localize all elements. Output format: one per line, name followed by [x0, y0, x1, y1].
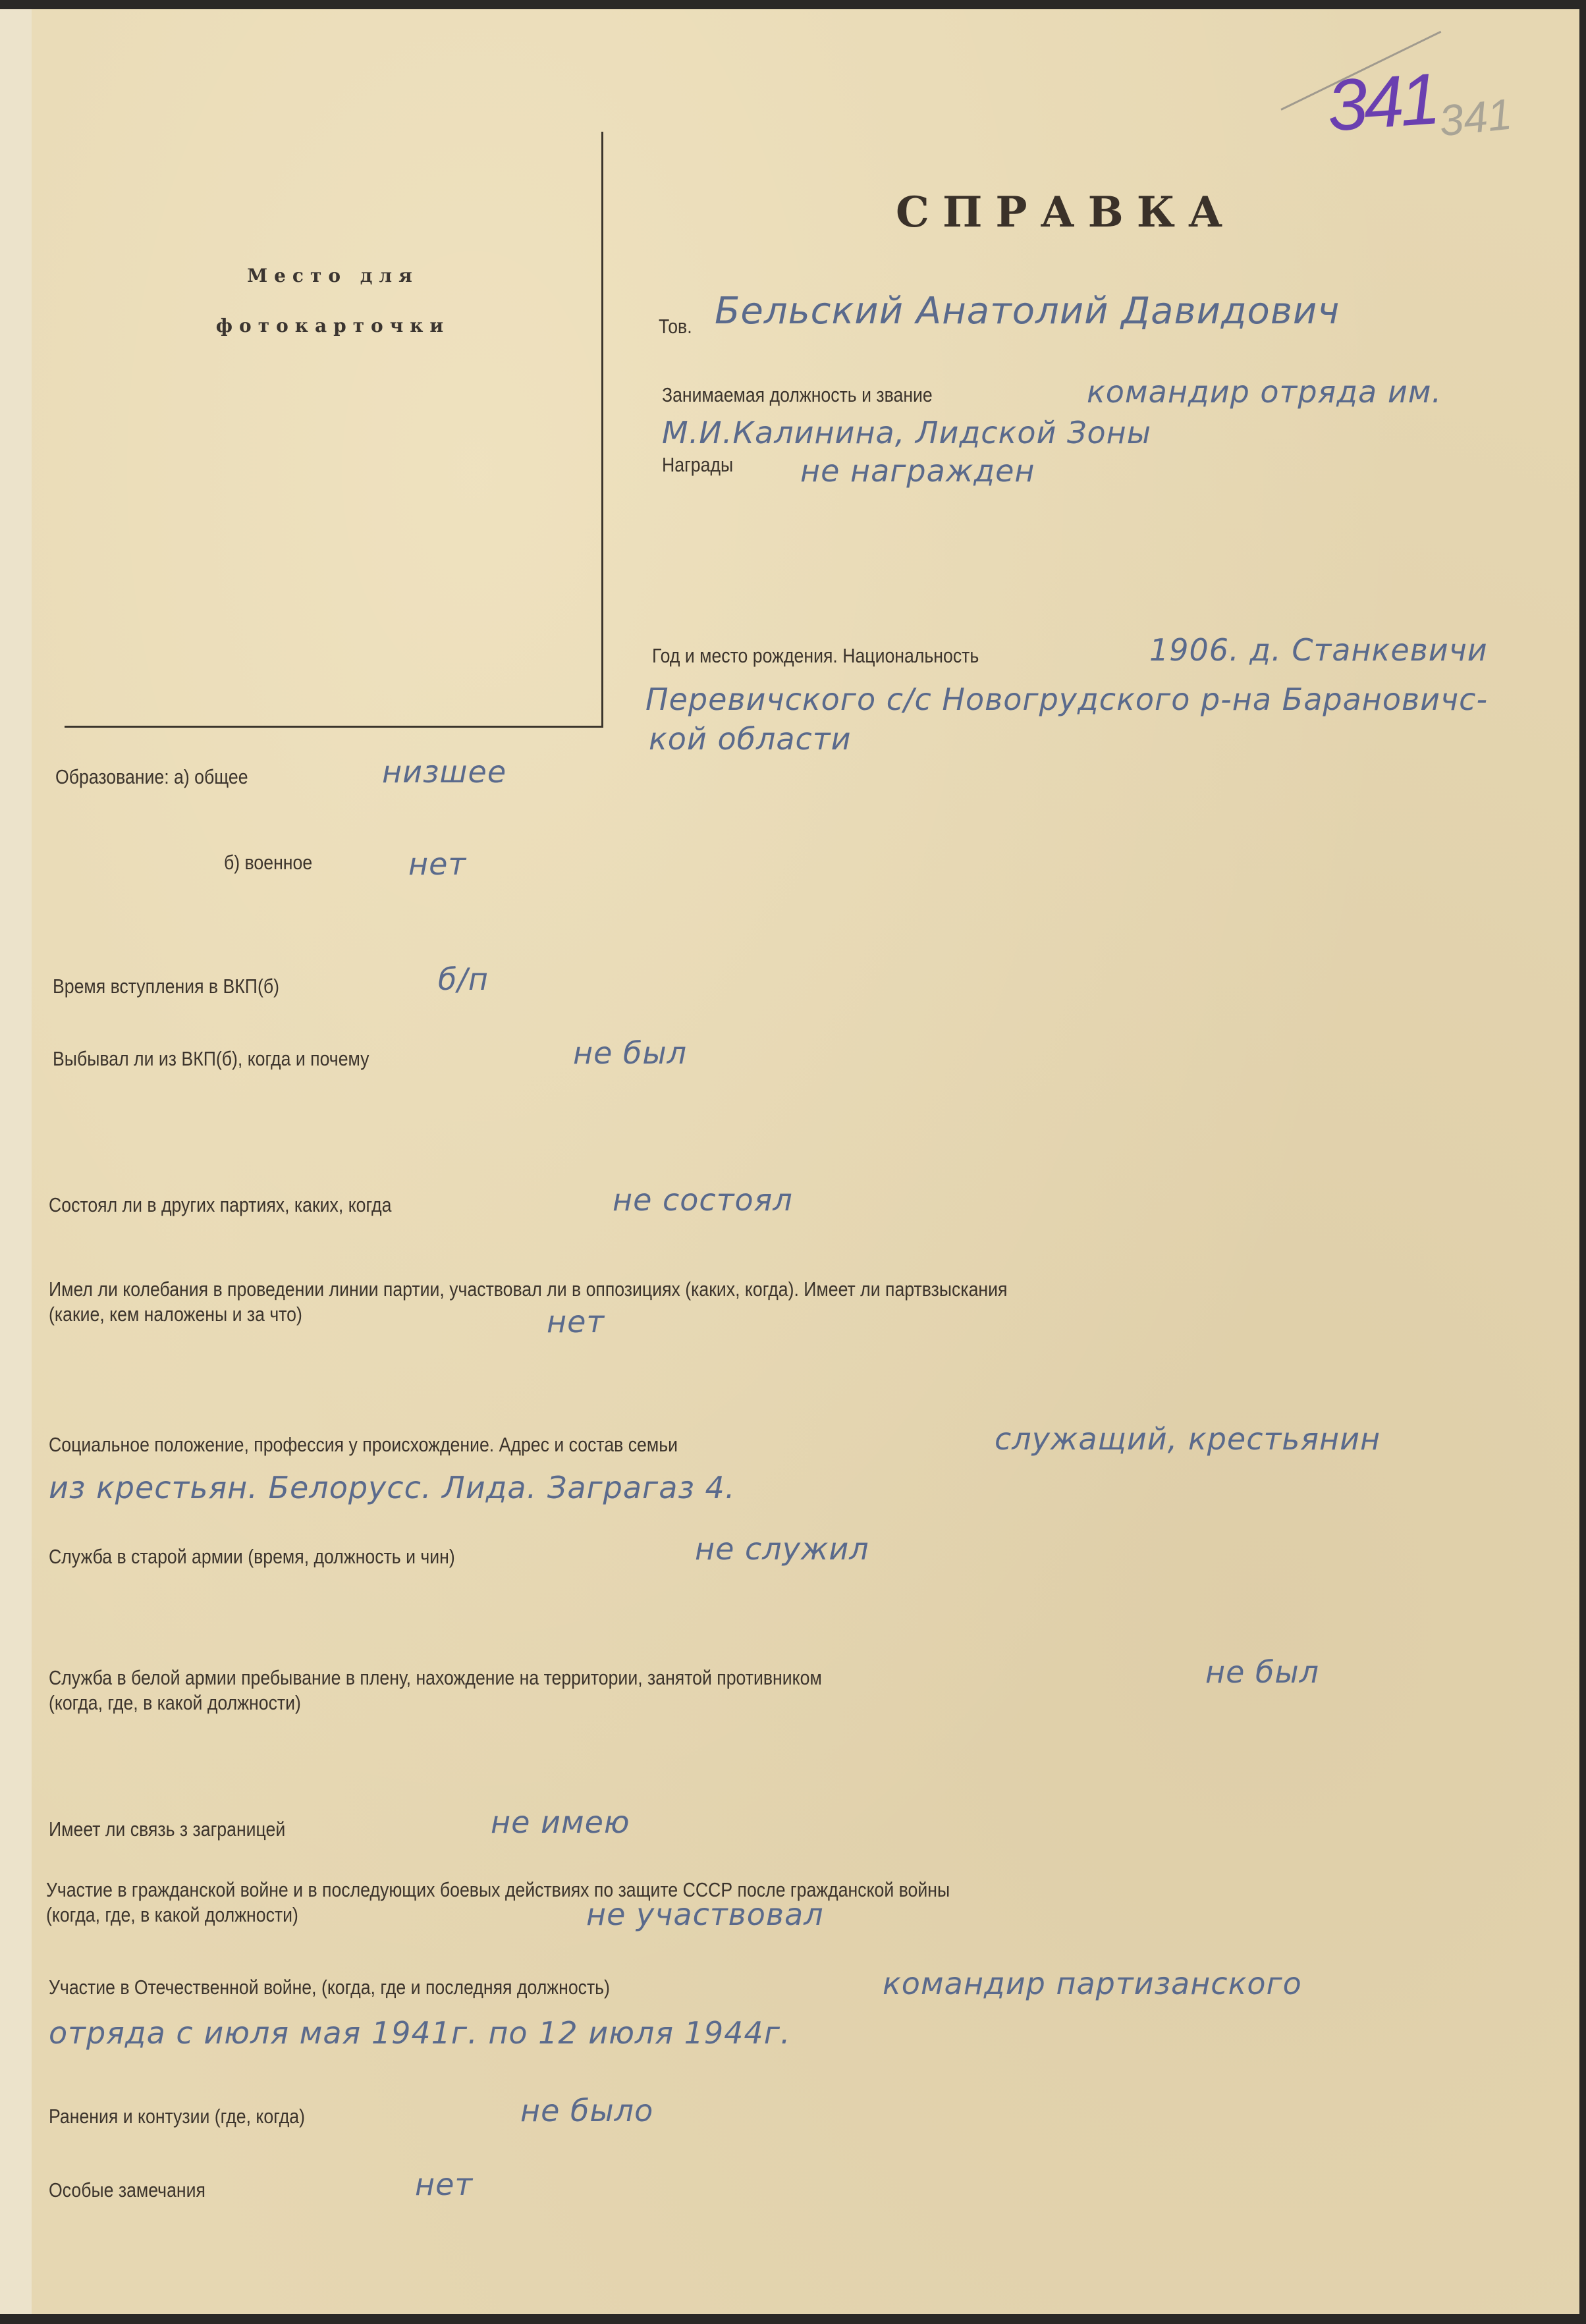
photo-label-line2: фотокарточки: [65, 315, 601, 337]
position-value-line2: М.И.Калинина, Лидской Зоны: [662, 415, 1151, 450]
foreign-ties-label: Имеет ли связь з заграницей: [49, 1818, 285, 1841]
civil-war-label-line2: (когда, где, в какой должности): [46, 1903, 298, 1927]
remarks-value: нет: [415, 2167, 473, 2202]
patriotic-war-label: Участие в Отечественной войне, (когда, г…: [49, 1976, 610, 1999]
remarks-label: Особые замечания: [49, 2178, 205, 2202]
old-army-value: не служил: [695, 1531, 869, 1567]
patriotic-war-value-line2: отряда с июля мая 1941г. по 12 июля 1944…: [49, 2015, 790, 2051]
other-parties-label: Состоял ли в других партиях, каких, когд…: [49, 1193, 391, 1217]
white-army-label-line2: (когда, где, в какой должности): [49, 1691, 301, 1715]
education-general-value: низшее: [382, 754, 506, 790]
comrade-value: Бельский Анатолий Давидович: [715, 290, 1340, 333]
old-army-label: Служба в старой армии (время, должность …: [49, 1545, 455, 1569]
comrade-label: Тов.: [659, 315, 692, 338]
page-number-stamp: 341: [1325, 57, 1439, 148]
civil-war-value: не участвовал: [586, 1897, 824, 1932]
education-general-label: Образование: а) общее: [55, 765, 248, 789]
social-value-line1: служащий, крестьянин: [995, 1421, 1381, 1457]
page-number-pencil: 341: [1436, 88, 1514, 146]
foreign-ties-value: не имею: [491, 1804, 630, 1840]
position-value-line1: командир отряда им.: [1087, 374, 1442, 410]
birth-value-line3: кой области: [649, 721, 852, 757]
awards-value: не награжден: [800, 453, 1035, 489]
document-title: СПРАВКА: [896, 188, 1236, 237]
other-parties-value: не состоял: [613, 1182, 793, 1218]
party-leave-label: Выбывал ли из ВКП(б), когда и почему: [53, 1047, 369, 1071]
white-army-value: не был: [1205, 1654, 1319, 1690]
white-army-label-line1: Служба в белой армии пребывание в плену,…: [49, 1666, 822, 1690]
party-leave-value: не был: [573, 1035, 687, 1071]
hesitations-label-line2: (какие, кем наложены и за что): [49, 1303, 302, 1326]
social-value-line2: из крестьян. Белорусс. Лида. Заграгаз 4.: [49, 1470, 735, 1505]
photo-label-line1: Место для: [65, 265, 601, 286]
wounds-value: не было: [520, 2093, 653, 2128]
education-military-label: б) военное: [224, 851, 312, 875]
patriotic-war-value-line1: командир партизанского: [883, 1966, 1302, 2001]
party-join-label: Время вступления в ВКП(б): [53, 975, 279, 998]
party-join-value: б/п: [438, 961, 489, 997]
education-military-value: нет: [408, 846, 466, 882]
page-edge: [0, 9, 32, 2314]
hesitations-label-line1: Имел ли колебания в проведении линии пар…: [49, 1278, 1007, 1301]
wounds-label: Ранения и контузии (где, когда): [49, 2105, 305, 2128]
awards-label: Награды: [662, 453, 733, 477]
hesitations-value: нет: [547, 1304, 605, 1339]
birth-label: Год и место рождения. Национальность: [652, 644, 979, 668]
birth-value-line1: 1906. д. Станкевичи: [1149, 632, 1488, 668]
photo-placeholder-box: [65, 132, 603, 728]
position-label: Занимаемая должность и звание: [662, 383, 933, 407]
birth-value-line2: Перевичского с/с Новогрудского р-на Бара…: [645, 682, 1488, 717]
social-label: Социальное положение, профессия у происх…: [49, 1433, 678, 1457]
